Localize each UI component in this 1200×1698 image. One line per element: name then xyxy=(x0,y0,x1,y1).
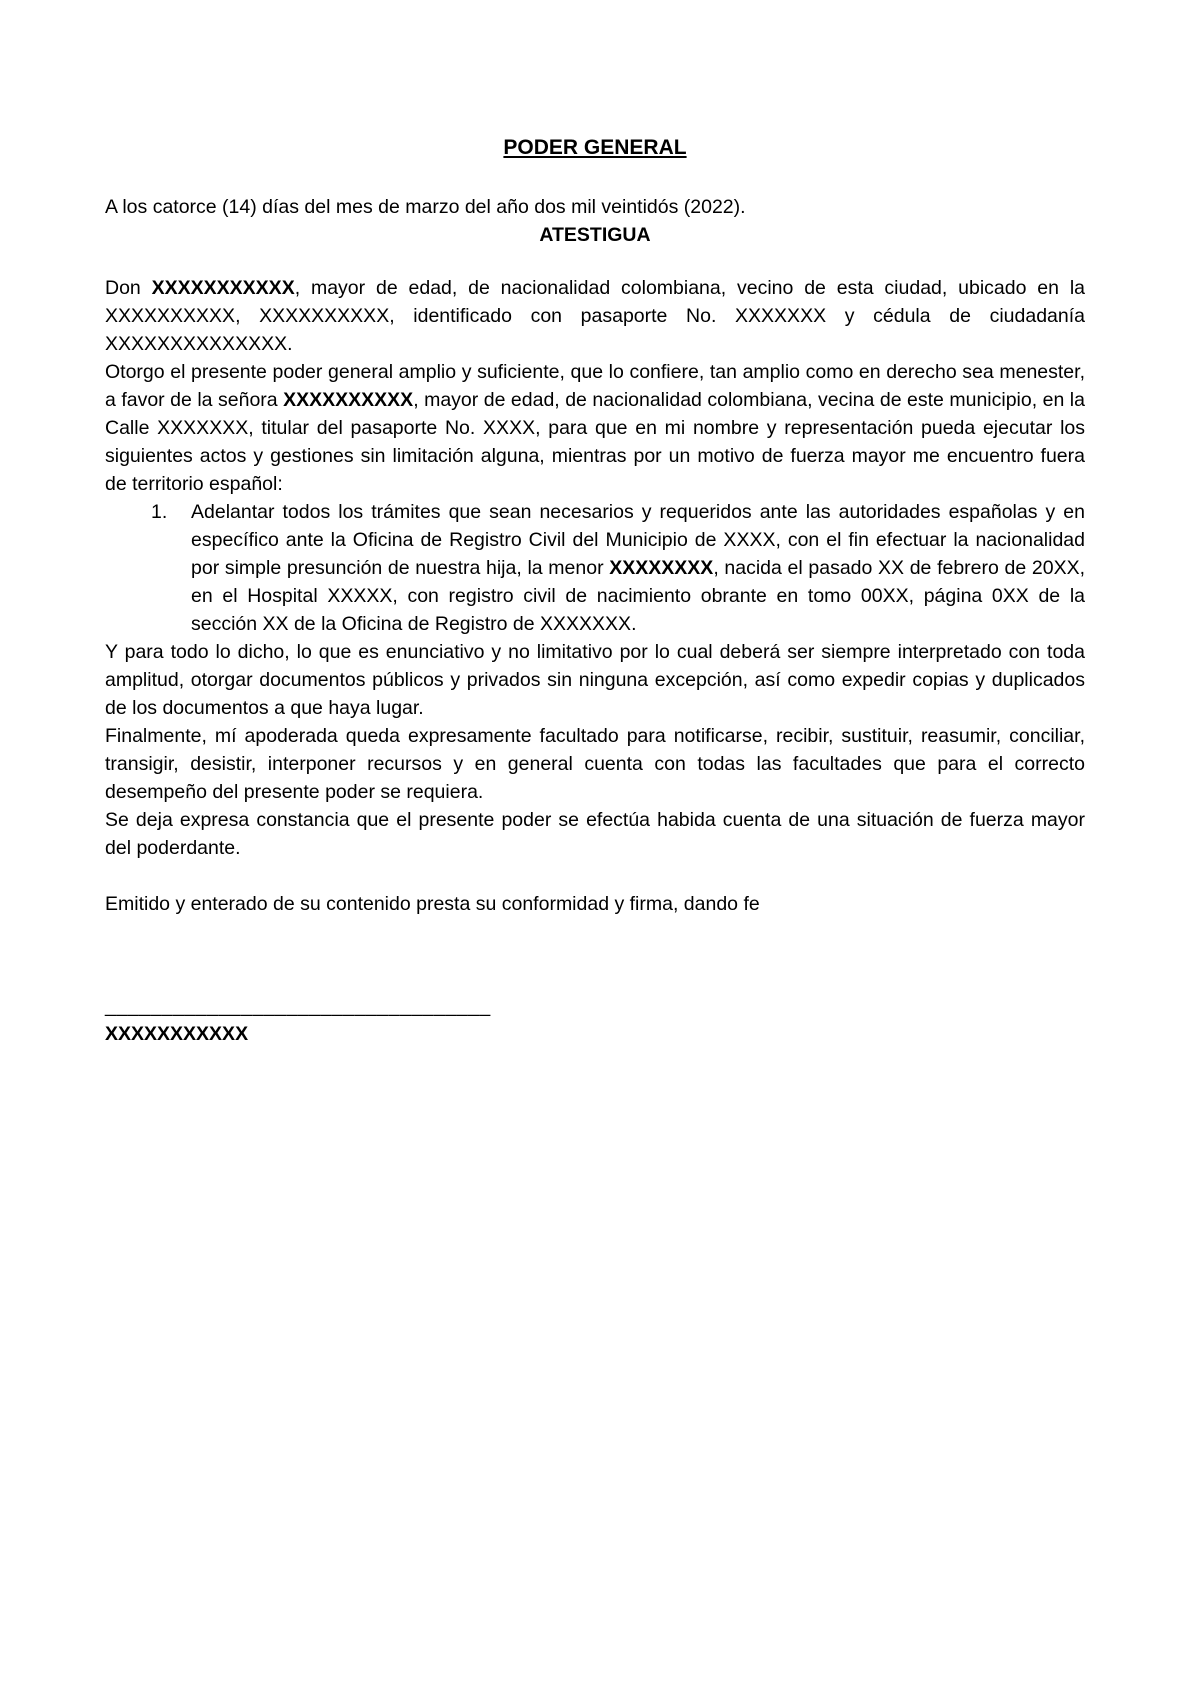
paragraph-grantor: Don XXXXXXXXXXX, mayor de edad, de nacio… xyxy=(105,274,1085,358)
document-title: PODER GENERAL xyxy=(105,134,1085,162)
paragraph-grantor-lead: Don xyxy=(105,277,152,299)
list-item-text: Adelantar todos los trámites que sean ne… xyxy=(191,498,1085,638)
grantor-name-placeholder: XXXXXXXXXXX xyxy=(152,277,295,299)
date-line: A los catorce (14) días del mes de marzo… xyxy=(105,193,1085,221)
document-page: PODER GENERAL A los catorce (14) días de… xyxy=(0,0,1200,1698)
signature-line: __________________________________ xyxy=(105,992,1085,1020)
numbered-list-item-1: 1. Adelantar todos los trámites que sean… xyxy=(105,498,1085,638)
signature-name-placeholder: XXXXXXXXXXX xyxy=(105,1020,1085,1048)
minor-name-placeholder: XXXXXXXX xyxy=(609,557,713,579)
paragraph-faculties: Finalmente, mí apoderada queda expresame… xyxy=(105,722,1085,806)
list-item-number: 1. xyxy=(151,498,191,638)
paragraph-scope: Y para todo lo dicho, lo que es enunciat… xyxy=(105,638,1085,722)
paragraph-force-majeure: Se deja expresa constancia que el presen… xyxy=(105,806,1085,862)
attorney-name-placeholder: XXXXXXXXXX xyxy=(283,389,413,411)
section-heading-atestigua: ATESTIGUA xyxy=(105,221,1085,249)
closing-line: Emitido y enterado de su contenido prest… xyxy=(105,890,1085,918)
signature-block: __________________________________ XXXXX… xyxy=(105,992,1085,1048)
paragraph-grant: Otorgo el presente poder general amplio … xyxy=(105,358,1085,498)
